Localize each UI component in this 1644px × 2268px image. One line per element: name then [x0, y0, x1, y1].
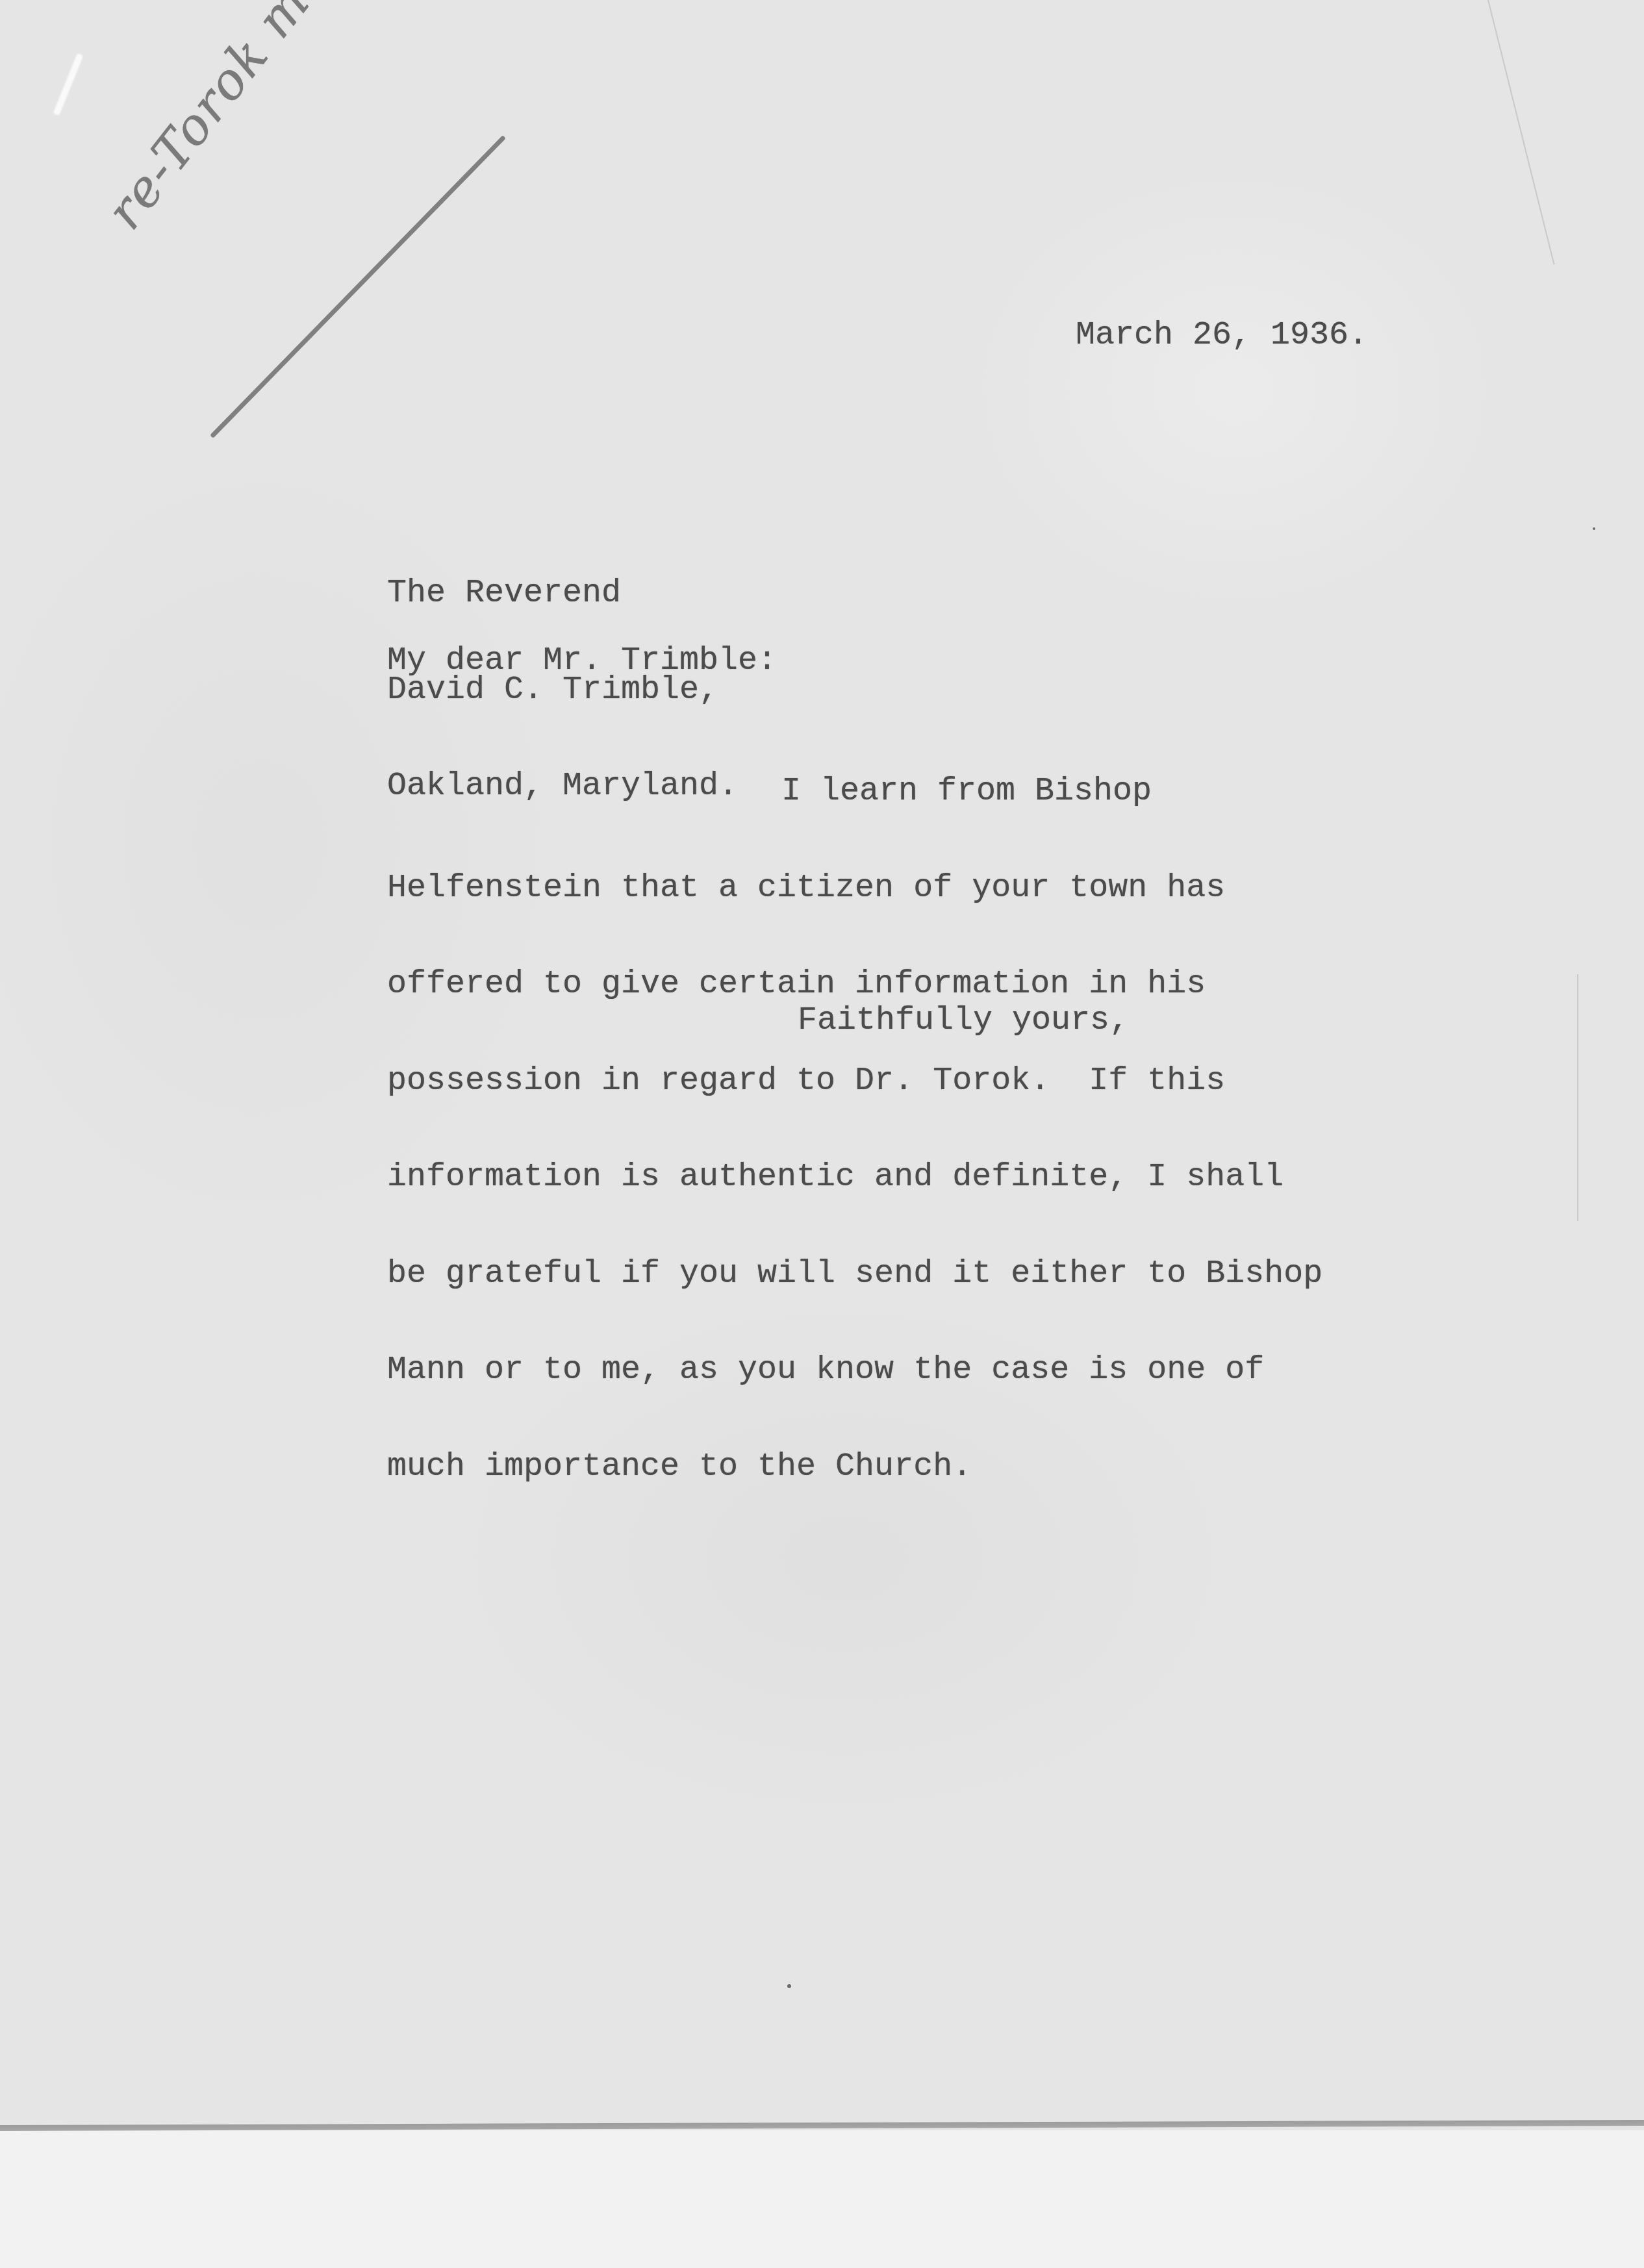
ink-speck — [787, 1984, 791, 1988]
body-line: Helfenstein that a citizen of your town … — [387, 872, 1322, 905]
body-line: I learn from Bishop — [387, 775, 1322, 808]
body-line: be grateful if you will send it either t… — [387, 1258, 1322, 1291]
letter-page: re-Torok matter March 26, 1936. The Reve… — [0, 0, 1644, 2130]
complimentary-closing: Faithfully yours, — [798, 1005, 1129, 1037]
body-line: Mann or to me, as you know the case is o… — [387, 1354, 1322, 1387]
handwritten-annotation: re-Torok matter — [95, 0, 403, 240]
paper-crease — [1487, 0, 1555, 265]
salutation: My dear Mr. Trimble: — [387, 645, 777, 677]
paper-crease — [1577, 974, 1578, 1221]
paper-tear-mark — [53, 53, 84, 116]
body-line: possession in regard to Dr. Torok. If th… — [387, 1065, 1322, 1098]
body-line: offered to give certain information in h… — [387, 968, 1322, 1001]
letter-date: March 26, 1936. — [1076, 320, 1368, 352]
address-line-title: The Reverend — [387, 577, 738, 610]
letter-body: I learn from Bishop Helfenstein that a c… — [387, 711, 1322, 1547]
body-line: information is authentic and definite, I… — [387, 1161, 1322, 1194]
ink-speck — [1593, 527, 1595, 530]
body-line: much importance to the Church. — [387, 1451, 1322, 1483]
